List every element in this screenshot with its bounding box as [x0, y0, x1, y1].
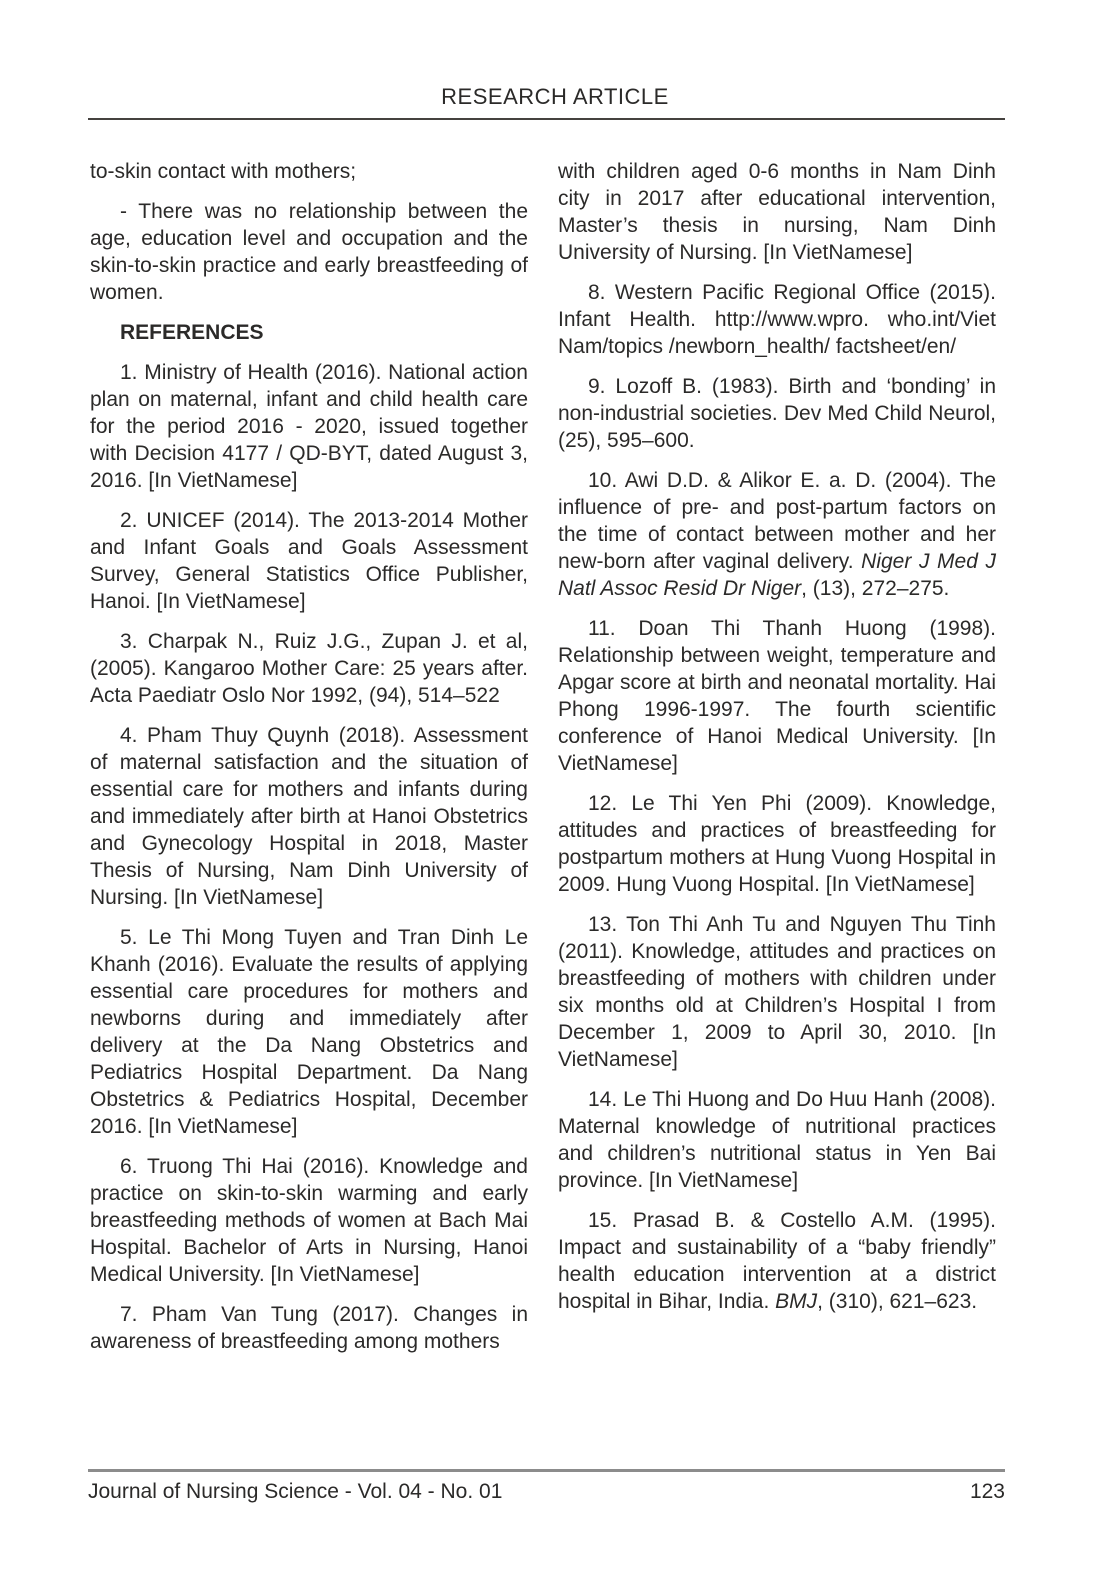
text-run: 9. Lozoff B. (1983). Birth and ‘bonding’… — [558, 375, 996, 452]
text-run: 12. Le Thi Yen Phi (2009). Knowledge, at… — [558, 792, 996, 896]
text-run: with children aged 0-6 months in Nam Din… — [558, 160, 996, 264]
text-run: , (310), 621–623. — [817, 1290, 977, 1313]
text-run: 8. Western Pacific Regional Office (2015… — [558, 281, 996, 358]
reference-item: 13. Ton Thi Anh Tu and Nguyen Thu Tinh (… — [558, 911, 996, 1073]
references-heading: REFERENCES — [90, 319, 528, 346]
text-run: 13. Ton Thi Anh Tu and Nguyen Thu Tinh (… — [558, 913, 996, 1071]
article-body: to-skin contact with mothers;- There was… — [90, 158, 996, 1355]
reference-item: 10. Awi D.D. & Alikor E. a. D. (2004). T… — [558, 467, 996, 602]
right-column: with children aged 0-6 months in Nam Din… — [558, 158, 996, 1355]
footer-page-number: 123 — [970, 1480, 1005, 1504]
reference-item: 4. Pham Thuy Quynh (2018). Assessment of… — [90, 722, 528, 911]
reference-item: 3. Charpak N., Ruiz J.G., Zupan J. et al… — [90, 628, 528, 709]
reference-item: 7. Pham Van Tung (2017). Changes in awar… — [90, 1301, 528, 1355]
reference-item: 8. Western Pacific Regional Office (2015… — [558, 279, 996, 360]
text-run: 1. Ministry of Health (2016). National a… — [90, 361, 528, 492]
reference-item: 14. Le Thi Huong and Do Huu Hanh (2008).… — [558, 1086, 996, 1194]
reference-item: 6. Truong Thi Hai (2016). Knowledge and … — [90, 1153, 528, 1288]
reference-item: 15. Prasad B. & Costello A.M. (1995). Im… — [558, 1207, 996, 1315]
reference-item: 11. Doan Thi Thanh Huong (1998). Relatio… — [558, 615, 996, 777]
text-run: BMJ — [775, 1290, 817, 1313]
text-run: 3. Charpak N., Ruiz J.G., Zupan J. et al… — [90, 630, 528, 707]
text-run: 14. Le Thi Huong and Do Huu Hanh (2008).… — [558, 1088, 996, 1192]
text-run: - There was no relationship between the … — [90, 200, 528, 304]
text-run: to-skin contact with mothers; — [90, 160, 356, 183]
text-run: 7. Pham Van Tung (2017). Changes in awar… — [90, 1303, 528, 1353]
footer-rule — [88, 1469, 1005, 1472]
reference-item: 2. UNICEF (2014). The 2013-2014 Mother a… — [90, 507, 528, 615]
page-header-title: RESEARCH ARTICLE — [0, 84, 1110, 110]
finding-item: - There was no relationship between the … — [90, 198, 528, 306]
page-footer: Journal of Nursing Science - Vol. 04 - N… — [88, 1480, 1005, 1504]
left-column: to-skin contact with mothers;- There was… — [90, 158, 528, 1355]
text-run: 4. Pham Thuy Quynh (2018). Assessment of… — [90, 724, 528, 909]
footer-journal-title: Journal of Nursing Science - Vol. 04 - N… — [88, 1480, 502, 1504]
reference-item: 5. Le Thi Mong Tuyen and Tran Dinh Le Kh… — [90, 924, 528, 1140]
text-run: REFERENCES — [120, 321, 264, 344]
reference-item: 9. Lozoff B. (1983). Birth and ‘bonding’… — [558, 373, 996, 454]
header-rule — [88, 118, 1005, 120]
reference-item: 1. Ministry of Health (2016). National a… — [90, 359, 528, 494]
continued-text: to-skin contact with mothers; — [90, 158, 528, 185]
text-run: 2. UNICEF (2014). The 2013-2014 Mother a… — [90, 509, 528, 613]
page: RESEARCH ARTICLE to-skin contact with mo… — [0, 0, 1110, 1582]
reference-item: 12. Le Thi Yen Phi (2009). Knowledge, at… — [558, 790, 996, 898]
text-run: 11. Doan Thi Thanh Huong (1998). Relatio… — [558, 617, 996, 775]
text-run: 5. Le Thi Mong Tuyen and Tran Dinh Le Kh… — [90, 926, 528, 1138]
text-run: , (13), 272–275. — [801, 577, 949, 600]
continued-text: with children aged 0-6 months in Nam Din… — [558, 158, 996, 266]
text-run: 6. Truong Thi Hai (2016). Knowledge and … — [90, 1155, 528, 1286]
